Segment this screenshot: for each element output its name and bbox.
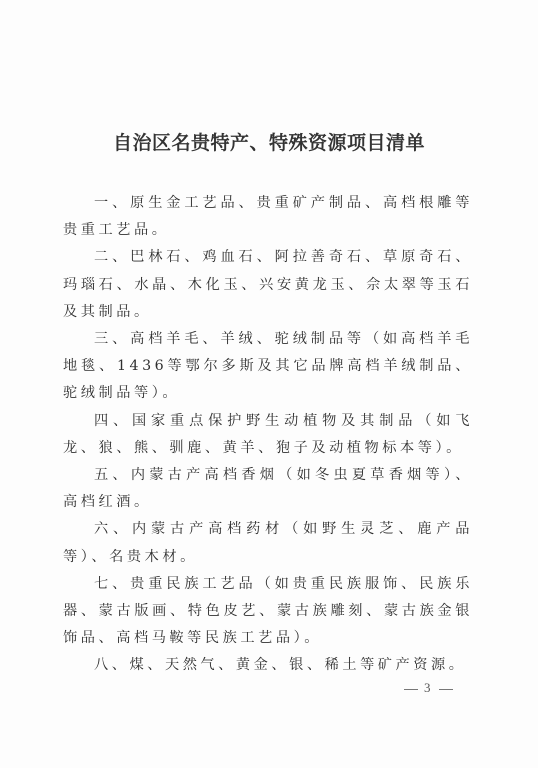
list-item: 三、高档羊毛、羊绒、驼绒制品等（如高档羊毛地毯、1436等鄂尔多斯及其它品牌高档… [63,326,473,408]
dash-left [404,689,418,690]
list-item: 七、贵重民族工艺品（如贵重民族服饰、民族乐器、蒙古版画、特色皮艺、蒙古族雕刻、蒙… [63,571,473,653]
list-item: 八、煤、天然气、黄金、银、稀土等矿产资源。 [63,652,473,679]
list-item: 二、巴林石、鸡血石、阿拉善奇石、草原奇石、玛瑙石、水晶、木化玉、兴安黄龙玉、佘太… [63,244,473,326]
list-item: 一、原生金工艺品、贵重矿产制品、高档根雕等贵重工艺品。 [63,190,473,244]
page-number-value: 3 [424,680,433,695]
list-item: 六、内蒙古产高档药材（如野生灵芝、鹿产品等）、名贵木材。 [63,516,473,570]
document-body: 一、原生金工艺品、贵重矿产制品、高档根雕等贵重工艺品。 二、巴林石、鸡血石、阿拉… [63,190,473,680]
page-number: 3 [398,680,459,696]
list-item: 四、国家重点保护野生动植物及其制品（如飞龙、狼、熊、驯鹿、黄羊、狍子及动植物标本… [63,408,473,462]
document-page: 自治区名贵特产、特殊资源项目清单 一、原生金工艺品、贵重矿产制品、高档根雕等贵重… [0,0,538,768]
list-item: 五、内蒙古产高档香烟（如冬虫夏草香烟等）、高档红酒。 [63,462,473,516]
document-title: 自治区名贵特产、特殊资源项目清单 [0,128,538,155]
dash-right [439,689,453,690]
